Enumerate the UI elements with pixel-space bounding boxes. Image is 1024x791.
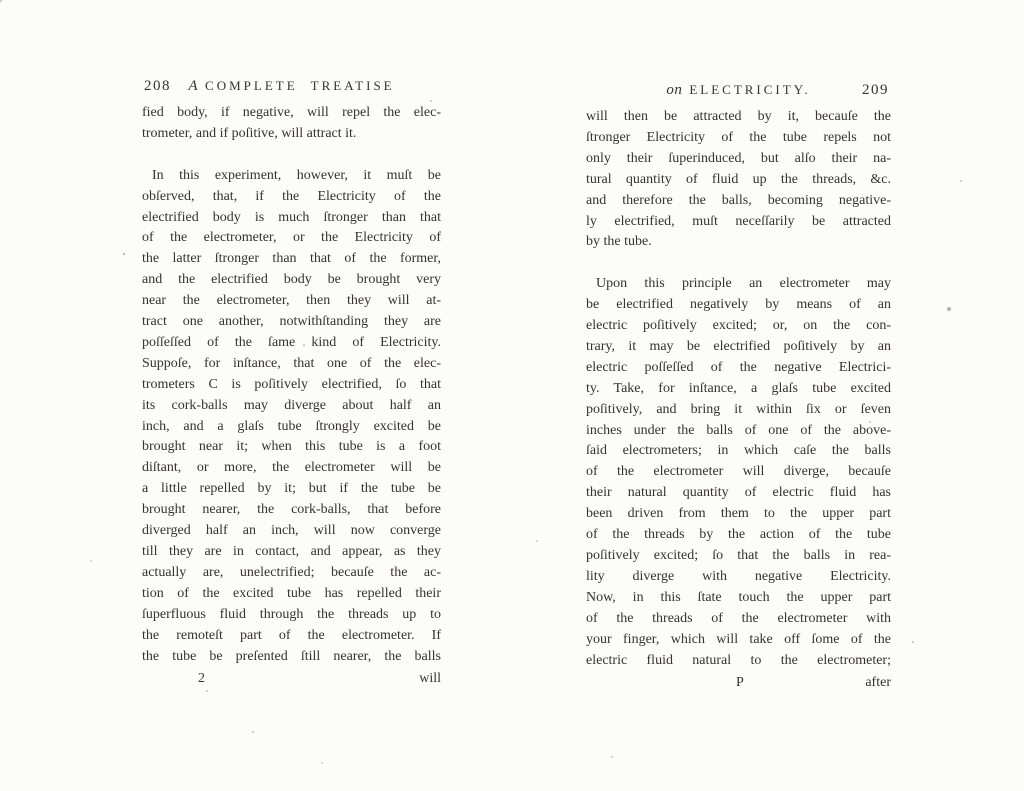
text-line: tural quantity of fluid up the threads, … <box>586 170 891 191</box>
text-line: ly electrified, muſt neceſſarily be attr… <box>586 212 891 233</box>
text-line: electric poſſeſſed of the negative Elect… <box>586 358 891 379</box>
text-line: actually are, unelectrified; becauſe the… <box>142 563 441 584</box>
page-right: onELECTRICITY. 209 will then be attracte… <box>586 78 891 693</box>
page-number-left: 208 <box>144 74 171 98</box>
text-line: trometer, and if poſitive, will attract … <box>142 124 441 145</box>
text-line: near the electrometer, then they will at… <box>142 291 441 312</box>
text-line: Upon this principle an electrometer may <box>586 274 891 295</box>
text-line: of the threads by the action of the tube <box>586 525 891 546</box>
text-line: will then be attracted by it, becauſe th… <box>586 107 891 128</box>
text-line: Now, in this ſtate touch the upper part <box>586 588 891 609</box>
text-line: ſuperfluous fluid through the threads up… <box>142 605 441 626</box>
page-header-right: onELECTRICITY. 209 <box>586 78 891 102</box>
text-line: poſitively excited; ſo that the balls in… <box>586 546 891 567</box>
signature-mark-right: P <box>736 672 744 693</box>
text-line: of the threads of the electrometer with <box>586 609 891 630</box>
text-line: the tube be preſented ſtill nearer, the … <box>142 647 441 668</box>
text-line: ſtronger Electricity of the tube repels … <box>586 128 891 149</box>
text-line: diverged half an inch, will now converge <box>142 521 441 542</box>
text-line: ſaid electrometers; in which caſe the ba… <box>586 441 891 462</box>
paragraph: Upon this principle an electrometer mayb… <box>586 274 891 671</box>
text-line: the remoteſt part of the electrometer. I… <box>142 626 441 647</box>
text-line: your finger, which will take off ſome of… <box>586 630 891 651</box>
text-line: fied body, if negative, will repel the e… <box>142 103 441 124</box>
text-line: inch, and a glaſs tube ſtrongly excited … <box>142 417 441 438</box>
text-line: till they are in contact, and appear, as… <box>142 542 441 563</box>
text-line: be electrified negatively by means of an <box>586 295 891 316</box>
text-line: inches under the balls of one of the abo… <box>586 421 891 442</box>
text-line: of the electrometer will diverge, becauſ… <box>586 462 891 483</box>
text-line: tract one another, notwithſtanding they … <box>142 312 441 333</box>
signature-mark-left: 2 <box>198 668 205 689</box>
text-line: ty. Take, for inſtance, a glaſs tube exc… <box>586 379 891 400</box>
running-title-left: ACOMPLETE TREATISE <box>142 74 441 98</box>
paragraph: will then be attracted by it, becauſe th… <box>586 107 891 253</box>
text-line: poſſeſſed of the ſame kind of Electricit… <box>142 333 441 354</box>
running-title-right: onELECTRICITY. <box>586 78 891 102</box>
text-line: of the electrometer, or the Electricity … <box>142 228 441 249</box>
text-line: electric poſitively excited; or, on the … <box>586 316 891 337</box>
text-line: and the electrified body be brought very <box>142 270 441 291</box>
page-footer-right: P after <box>586 672 891 693</box>
paragraph: In this experiment, however, it muſt beo… <box>142 166 441 668</box>
paragraph: fied body, if negative, will repel the e… <box>142 103 441 145</box>
text-line: Suppoſe, for inſtance, that one of the e… <box>142 354 441 375</box>
page-header-left: 208 ACOMPLETE TREATISE <box>142 74 441 98</box>
page-footer-left: 2 will <box>142 668 441 689</box>
running-title-text-left: COMPLETE TREATISE <box>205 78 395 93</box>
text-line: and therefore the balls, becoming negati… <box>586 191 891 212</box>
running-title-text-right: ELECTRICITY. <box>689 82 810 97</box>
text-line: electrified body is much ſtronger than t… <box>142 208 441 229</box>
catchword-right: after <box>865 672 891 693</box>
text-line: diſtant, or more, the electrometer will … <box>142 458 441 479</box>
text-line: lity diverge with negative Electricity. <box>586 567 891 588</box>
page-number-right: 209 <box>862 78 889 102</box>
text-line: a little repelled by it; but if the tube… <box>142 479 441 500</box>
text-line: the latter ſtronger than that of the for… <box>142 249 441 270</box>
text-line: In this experiment, however, it muſt be <box>142 166 441 187</box>
page-body-left: fied body, if negative, will repel the e… <box>142 103 441 667</box>
text-line: tion of the excited tube has repelled th… <box>142 584 441 605</box>
text-line: their natural quantity of electric fluid… <box>586 483 891 504</box>
book-scan: 208 ACOMPLETE TREATISE fied body, if neg… <box>0 0 1024 791</box>
text-line: trometers C is poſitively electrified, ſ… <box>142 375 441 396</box>
text-line: by the tube. <box>586 232 891 253</box>
page-left: 208 ACOMPLETE TREATISE fied body, if neg… <box>142 74 441 689</box>
catchword-left: will <box>419 668 441 689</box>
text-line: trary, it may be electrified poſitively … <box>586 337 891 358</box>
scan-noise <box>0 0 2 2</box>
text-line: obſerved, that, if the Electricity of th… <box>142 187 441 208</box>
text-line: poſitively, and bring it within ſix or ſ… <box>586 400 891 421</box>
text-line: only their ſuperinduced, but alſo their … <box>586 149 891 170</box>
text-line: electric fluid natural to the electromet… <box>586 651 891 672</box>
text-line: brought nearer, the cork-balls, that bef… <box>142 500 441 521</box>
running-title-prefix-right: on <box>666 82 682 98</box>
running-title-prefix-left: A <box>188 78 198 94</box>
text-line: its cork-balls may diverge about half an <box>142 396 441 417</box>
text-line: brought near it; when this tube is a foo… <box>142 437 441 458</box>
text-line: been driven from them to the upper part <box>586 504 891 525</box>
page-body-right: will then be attracted by it, becauſe th… <box>586 107 891 671</box>
